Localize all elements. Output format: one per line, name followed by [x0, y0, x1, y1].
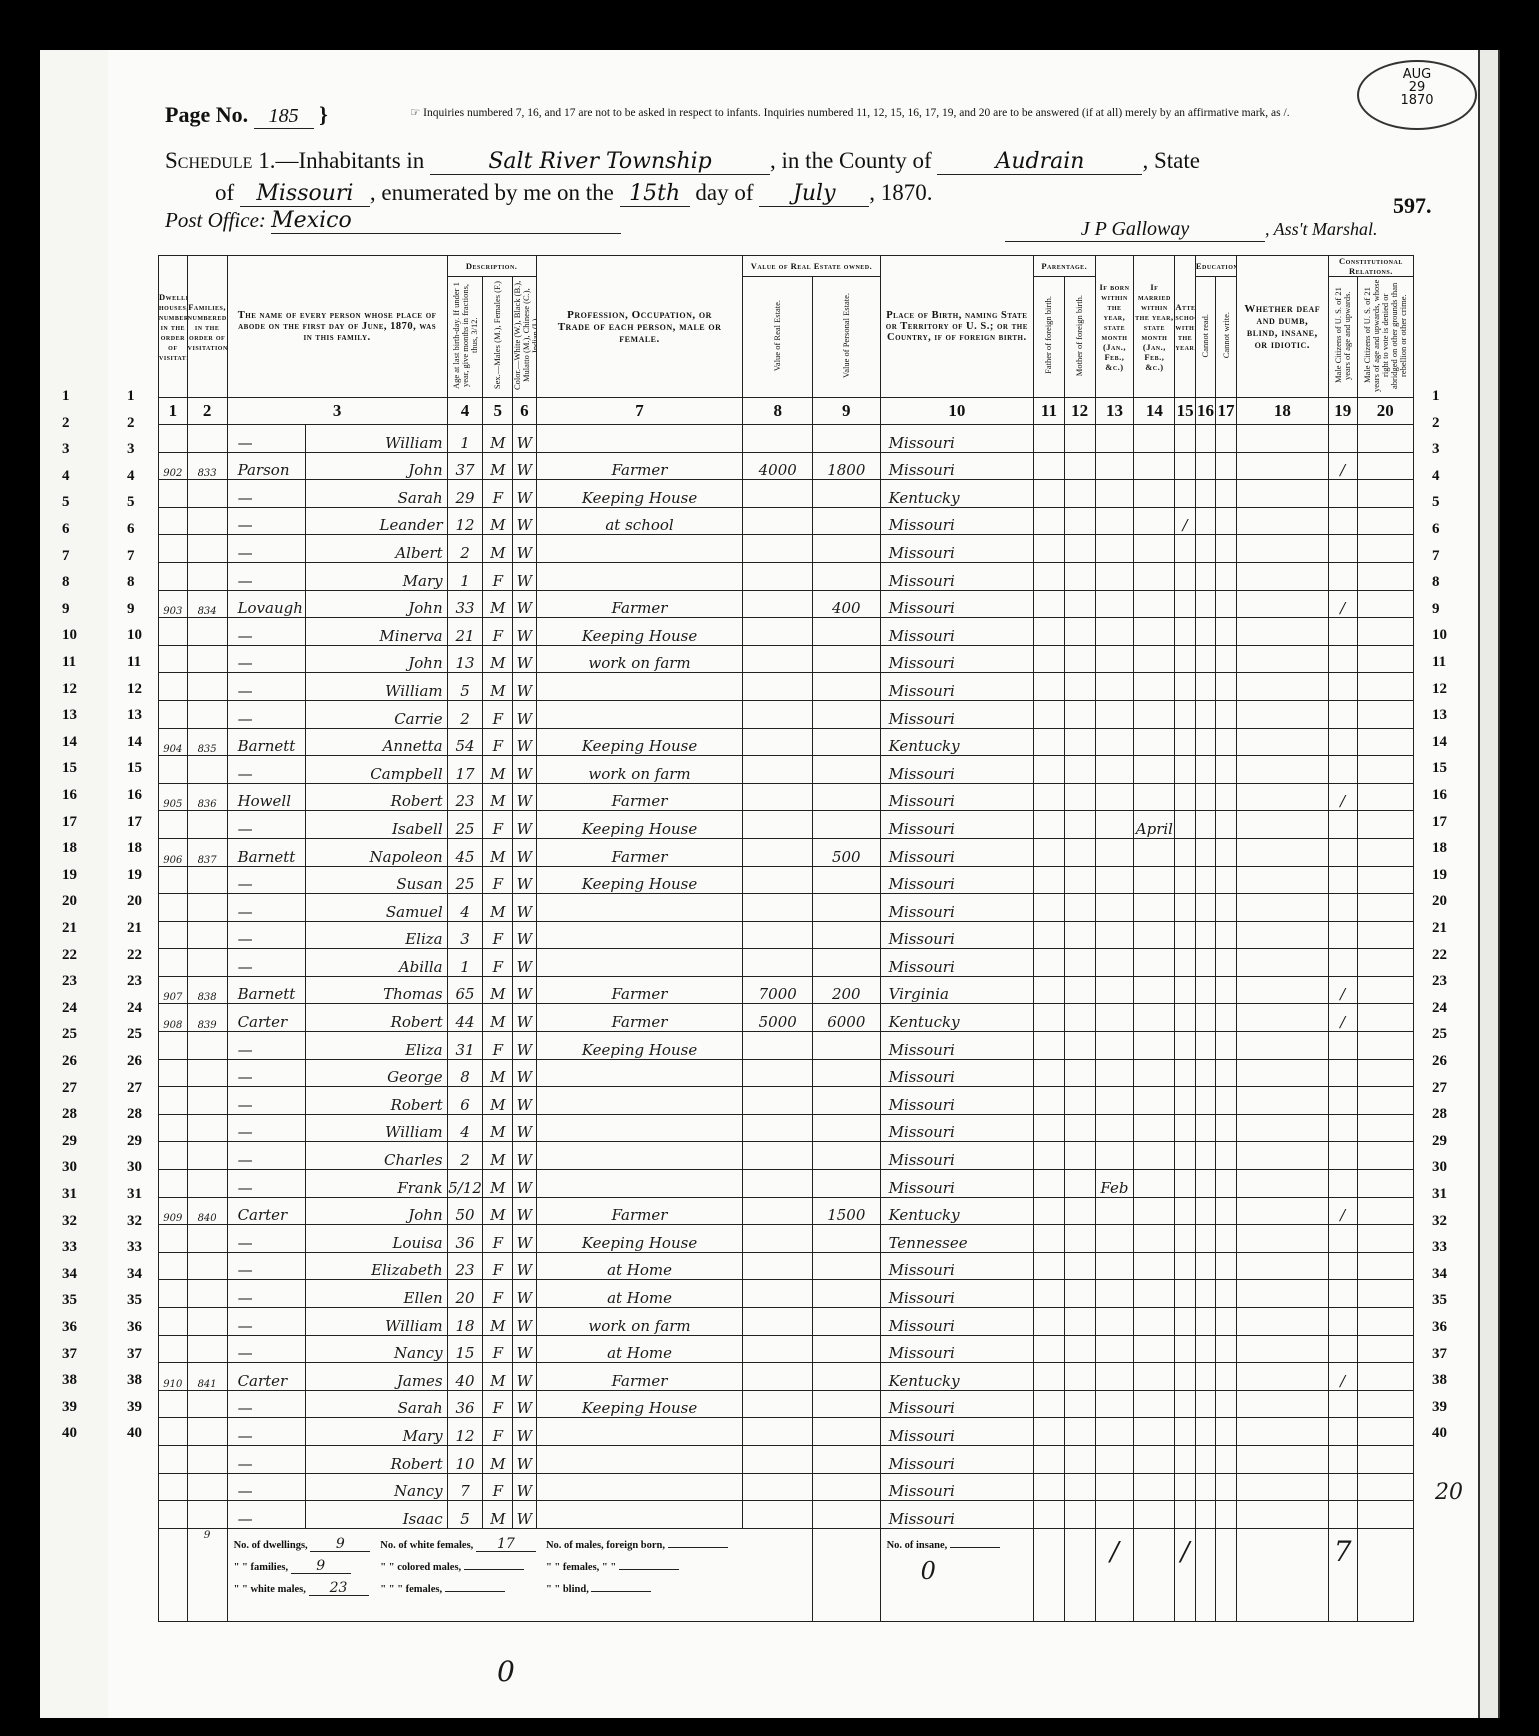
cell-sex: F — [483, 1280, 513, 1308]
cell-born-month — [1095, 1363, 1134, 1391]
cell-real — [743, 645, 813, 673]
row-number-left: 6 — [127, 521, 135, 538]
cell-age: 36 — [447, 1390, 483, 1418]
cell-age: 25 — [447, 811, 483, 839]
row-number-right: 14 — [1432, 734, 1447, 751]
cell-occupation: at Home — [536, 1252, 743, 1280]
cell-sex: F — [483, 1252, 513, 1280]
cell-citizen — [1328, 1308, 1357, 1336]
cell-empty — [1236, 1170, 1328, 1198]
cell-born-month — [1095, 452, 1134, 480]
cell-empty — [1357, 976, 1413, 1004]
table-row: —John13MWwork on farmMissouri — [159, 645, 1414, 673]
cell-given: Campbell — [306, 756, 447, 784]
cell-occupation — [536, 700, 743, 728]
cell-school — [1175, 535, 1195, 563]
row-number-left: 24 — [127, 1000, 142, 1017]
row-number-far-left: 31 — [62, 1186, 77, 1203]
row-number-right: 39 — [1432, 1399, 1447, 1416]
cell-empty — [1216, 507, 1236, 535]
cell-empty — [1216, 1390, 1236, 1418]
cell-real — [743, 1225, 813, 1253]
cell-empty — [1064, 866, 1095, 894]
marshal-signature: J P Galloway — [1005, 218, 1265, 242]
cell-empty — [1195, 1225, 1215, 1253]
cell-family — [187, 1252, 227, 1280]
cell-empty — [1034, 507, 1065, 535]
row-number-right: 25 — [1432, 1026, 1447, 1043]
cell-given: Eliza — [306, 1032, 447, 1060]
cell-school — [1175, 866, 1195, 894]
cell-family — [187, 480, 227, 508]
cell-empty — [1357, 728, 1413, 756]
cell-empty — [1236, 673, 1328, 701]
cell-age: 10 — [447, 1445, 483, 1473]
cell-school — [1175, 590, 1195, 618]
cell-empty — [1236, 1335, 1328, 1363]
row-number-right: 11 — [1432, 654, 1446, 671]
cell-empty — [1216, 1501, 1236, 1529]
row-number-far-left: 33 — [62, 1239, 77, 1256]
cell-empty — [1216, 1114, 1236, 1142]
cell-school — [1175, 728, 1195, 756]
cell-empty — [1357, 1473, 1413, 1501]
cell-sex: F — [483, 1390, 513, 1418]
cell-sex: F — [483, 618, 513, 646]
row-number-left: 7 — [127, 548, 135, 565]
cell-color: W — [513, 949, 537, 977]
of-label: of — [215, 180, 234, 205]
cell-family — [187, 1418, 227, 1446]
cell-school — [1175, 1114, 1195, 1142]
cell-given: William — [306, 673, 447, 701]
cell-birthplace: Kentucky — [880, 1197, 1034, 1225]
table-row: —Isabell25FWKeeping HouseMissouriApril — [159, 811, 1414, 839]
cell-empty — [1357, 1004, 1413, 1032]
cell-born-month — [1095, 1280, 1134, 1308]
cell-empty — [1195, 700, 1215, 728]
col-header-9: Value of Personal Estate. — [813, 277, 881, 398]
cell-empty — [1034, 783, 1065, 811]
cell-married-month — [1134, 866, 1175, 894]
cell-married-month — [1134, 728, 1175, 756]
col-number: 8 — [743, 398, 813, 425]
cell-age: 6 — [447, 1087, 483, 1115]
cell-empty — [1216, 452, 1236, 480]
cell-color: W — [513, 1004, 537, 1032]
cell-color: W — [513, 1225, 537, 1253]
cell-empty — [1236, 618, 1328, 646]
row-number-right: 18 — [1432, 840, 1447, 857]
post-office-label: Post Office: — [165, 208, 266, 232]
cell-empty — [1236, 756, 1328, 784]
cell-empty — [1034, 976, 1065, 1004]
cell-occupation: work on farm — [536, 756, 743, 784]
cell-empty — [1195, 1032, 1215, 1060]
cell-empty — [1195, 756, 1215, 784]
column-number-row: 1 2 3 4 5 6 7 8 9 10 11 12 13 14 15 16 1… — [159, 398, 1414, 425]
cell-born-month — [1095, 645, 1134, 673]
cell-empty — [1064, 1473, 1095, 1501]
row-number-far-left: 34 — [62, 1266, 77, 1283]
cell-personal: 1500 — [813, 1197, 881, 1225]
cell-born-month — [1095, 756, 1134, 784]
cell-real — [743, 921, 813, 949]
cell-family — [187, 425, 227, 453]
cell-born-month — [1095, 590, 1134, 618]
table-row: —Sarah29FWKeeping HouseKentucky — [159, 480, 1414, 508]
col-number: 9 — [813, 398, 881, 425]
row-number-far-left: 3 — [62, 441, 70, 458]
row-number-left: 40 — [127, 1425, 142, 1442]
cell-real — [743, 1032, 813, 1060]
cell-school — [1175, 425, 1195, 453]
cell-sex: M — [483, 1308, 513, 1336]
row-number-left: 22 — [127, 947, 142, 964]
summary-row: 9 No. of dwellings, 9 " " families, 9 " … — [159, 1528, 1414, 1621]
col-number: 5 — [483, 398, 513, 425]
cell-color: W — [513, 756, 537, 784]
cell-school — [1175, 1004, 1195, 1032]
cell-empty — [1357, 645, 1413, 673]
cell-citizen: / — [1328, 976, 1357, 1004]
cell-family — [187, 535, 227, 563]
row-number-far-left: 21 — [62, 920, 77, 937]
cell-age: 2 — [447, 535, 483, 563]
table-row: 908839CarterRobert44MWFarmer50006000Kent… — [159, 1004, 1414, 1032]
cell-birthplace: Missouri — [880, 645, 1034, 673]
cell-personal — [813, 1225, 881, 1253]
cell-color: W — [513, 590, 537, 618]
cell-empty — [1064, 1004, 1095, 1032]
cell-empty — [1034, 1225, 1065, 1253]
cell-sex: F — [483, 1225, 513, 1253]
cell-dwelling: 907 — [159, 976, 188, 1004]
cell-empty — [1357, 1280, 1413, 1308]
cell-empty — [1216, 425, 1236, 453]
cell-sex: M — [483, 894, 513, 922]
cell-color: W — [513, 480, 537, 508]
cell-color: W — [513, 1280, 537, 1308]
cell-age: 40 — [447, 1363, 483, 1391]
table-row: —William5MWMissouri — [159, 673, 1414, 701]
cell-sex: M — [483, 838, 513, 866]
cell-age: 25 — [447, 866, 483, 894]
cell-real — [743, 783, 813, 811]
cell-born-month — [1095, 894, 1134, 922]
cell-empty — [1236, 728, 1328, 756]
table-row: —Charles2MWMissouri — [159, 1142, 1414, 1170]
cell-family — [187, 866, 227, 894]
cell-birthplace: Missouri — [880, 673, 1034, 701]
cell-empty — [1034, 1335, 1065, 1363]
row-number-far-left: 23 — [62, 973, 77, 990]
cell-citizen — [1328, 507, 1357, 535]
cell-family: 835 — [187, 728, 227, 756]
cell-surname: Barnett — [227, 976, 306, 1004]
cell-real — [743, 1252, 813, 1280]
cell-color: W — [513, 535, 537, 563]
row-number-left: 19 — [127, 867, 142, 884]
cell-empty — [1357, 700, 1413, 728]
summary-col19-total: 7 — [1328, 1528, 1357, 1621]
cell-real — [743, 1363, 813, 1391]
cell-given: John — [306, 452, 447, 480]
cell-family — [187, 1445, 227, 1473]
cell-birthplace: Missouri — [880, 1308, 1034, 1336]
cell-personal — [813, 1032, 881, 1060]
row-number-left: 11 — [127, 654, 141, 671]
cell-empty — [1034, 590, 1065, 618]
cell-empty — [1216, 866, 1236, 894]
cell-surname: — — [227, 1390, 306, 1418]
cell-dwelling — [159, 866, 188, 894]
cell-empty — [1195, 838, 1215, 866]
row-number-right: 13 — [1432, 707, 1447, 724]
cell-empty — [1195, 866, 1215, 894]
cell-married-month — [1134, 976, 1175, 1004]
cell-sex: M — [483, 1197, 513, 1225]
cell-age: 13 — [447, 645, 483, 673]
cell-real — [743, 700, 813, 728]
cell-married-month — [1134, 1252, 1175, 1280]
cell-empty — [1195, 1142, 1215, 1170]
table-row: —William1MWMissouri — [159, 425, 1414, 453]
cell-empty — [1357, 783, 1413, 811]
cell-real — [743, 507, 813, 535]
date-stamp: AUG 29 1870 — [1357, 60, 1477, 130]
cell-empty — [1195, 1501, 1215, 1529]
cell-empty — [1216, 976, 1236, 1004]
cell-surname: — — [227, 535, 306, 563]
row-number-right: 33 — [1432, 1239, 1447, 1256]
cell-empty — [1216, 1473, 1236, 1501]
cell-personal — [813, 949, 881, 977]
row-number-right: 35 — [1432, 1292, 1447, 1309]
cell-dwelling — [159, 1390, 188, 1418]
cell-married-month: April — [1134, 811, 1175, 839]
cell-age: 31 — [447, 1032, 483, 1060]
marshal-line: J P Galloway, Ass't Marshal. — [1005, 218, 1378, 242]
table-row: —Campbell17MWwork on farmMissouri — [159, 756, 1414, 784]
cell-surname: — — [227, 1087, 306, 1115]
cell-dwelling — [159, 1170, 188, 1198]
cell-occupation — [536, 1142, 743, 1170]
cell-age: 23 — [447, 1252, 483, 1280]
cell-married-month — [1134, 756, 1175, 784]
table-row: —Sarah36FWKeeping HouseMissouri — [159, 1390, 1414, 1418]
cell-empty — [1064, 700, 1095, 728]
cell-school — [1175, 949, 1195, 977]
cell-dwelling — [159, 480, 188, 508]
birthplace-total: 0 — [881, 1557, 1034, 1585]
cell-married-month — [1134, 1335, 1175, 1363]
cell-dwelling: 908 — [159, 1004, 188, 1032]
cell-occupation: Farmer — [536, 1363, 743, 1391]
cell-empty — [1195, 673, 1215, 701]
cell-dwelling — [159, 1280, 188, 1308]
cell-dwelling: 910 — [159, 1363, 188, 1391]
cell-personal — [813, 1252, 881, 1280]
row-number-left: 30 — [127, 1159, 142, 1176]
cell-family — [187, 1142, 227, 1170]
cell-family — [187, 645, 227, 673]
col-header-16: Cannot read. — [1195, 277, 1215, 398]
row-number-right: 31 — [1432, 1186, 1447, 1203]
cell-real — [743, 1114, 813, 1142]
cell-empty — [1357, 1114, 1413, 1142]
col-number: 4 — [447, 398, 483, 425]
cell-occupation — [536, 673, 743, 701]
cell-born-month — [1095, 700, 1134, 728]
cell-married-month — [1134, 1170, 1175, 1198]
page-number-label: Page No. — [165, 102, 248, 127]
row-number-left: 25 — [127, 1026, 142, 1043]
cell-personal — [813, 894, 881, 922]
cell-personal: 400 — [813, 590, 881, 618]
cell-occupation: Farmer — [536, 838, 743, 866]
cell-real — [743, 535, 813, 563]
cell-sex: M — [483, 756, 513, 784]
cell-empty — [1236, 921, 1328, 949]
cell-empty — [1216, 1363, 1236, 1391]
cell-sex: M — [483, 452, 513, 480]
cell-empty — [1195, 507, 1215, 535]
cell-empty — [1216, 1445, 1236, 1473]
cell-citizen — [1328, 949, 1357, 977]
cell-birthplace: Missouri — [880, 618, 1034, 646]
cell-empty — [1357, 1363, 1413, 1391]
table-row: —Isaac5MWMissouri — [159, 1501, 1414, 1529]
cell-empty — [1357, 535, 1413, 563]
cell-personal — [813, 1308, 881, 1336]
cell-school — [1175, 1363, 1195, 1391]
cell-birthplace: Missouri — [880, 1390, 1034, 1418]
cell-empty — [1236, 1114, 1328, 1142]
cell-citizen — [1328, 425, 1357, 453]
cell-empty — [1034, 1280, 1065, 1308]
cell-married-month — [1134, 1004, 1175, 1032]
cell-personal — [813, 673, 881, 701]
cell-empty — [1357, 866, 1413, 894]
cell-empty — [1064, 1032, 1095, 1060]
cell-given: Charles — [306, 1142, 447, 1170]
cell-sex: F — [483, 700, 513, 728]
cell-empty — [1236, 1059, 1328, 1087]
cell-age: 4 — [447, 1114, 483, 1142]
cell-age: 2 — [447, 1142, 483, 1170]
row-number-left: 33 — [127, 1239, 142, 1256]
cell-empty — [1216, 535, 1236, 563]
cell-dwelling — [159, 1059, 188, 1087]
cell-empty — [1034, 838, 1065, 866]
cell-real — [743, 562, 813, 590]
cell-born-month: Feb — [1095, 1170, 1134, 1198]
cell-surname: — — [227, 1445, 306, 1473]
cell-born-month — [1095, 1418, 1134, 1446]
cell-citizen — [1328, 838, 1357, 866]
cell-family — [187, 618, 227, 646]
row-number-right: 40 — [1432, 1425, 1447, 1442]
cell-family: 837 — [187, 838, 227, 866]
cell-empty — [1064, 1308, 1095, 1336]
cell-sex: M — [483, 507, 513, 535]
cell-empty — [1064, 1252, 1095, 1280]
cell-color: W — [513, 1390, 537, 1418]
cell-empty — [1064, 756, 1095, 784]
cell-empty — [1357, 1225, 1413, 1253]
cell-occupation — [536, 425, 743, 453]
blind-label: " " blind, — [546, 1584, 589, 1595]
cell-married-month — [1134, 590, 1175, 618]
month-field: July — [759, 181, 869, 207]
cell-empty — [1357, 949, 1413, 977]
cell-empty — [1064, 894, 1095, 922]
cell-empty — [1195, 1445, 1215, 1473]
cell-color: W — [513, 673, 537, 701]
cell-surname: Carter — [227, 1197, 306, 1225]
cell-empty — [1195, 562, 1215, 590]
cell-surname: — — [227, 1225, 306, 1253]
table-row: —Nancy7FWMissouri — [159, 1473, 1414, 1501]
cell-surname: — — [227, 1142, 306, 1170]
cell-empty — [1064, 811, 1095, 839]
col-header-20: Male Citizens of U. S. of 21 years of ag… — [1357, 277, 1413, 398]
col-number: 16 — [1195, 398, 1215, 425]
cell-citizen — [1328, 562, 1357, 590]
row-number-left: 13 — [127, 707, 142, 724]
cell-empty — [1236, 1087, 1328, 1115]
cell-empty — [1064, 1142, 1095, 1170]
cell-age: 2 — [447, 700, 483, 728]
col-header-12: Mother of foreign birth. — [1064, 277, 1095, 398]
enumerated-label: , enumerated by me on the — [370, 180, 614, 205]
cell-citizen — [1328, 1501, 1357, 1529]
cell-empty — [1216, 618, 1236, 646]
cell-real — [743, 1501, 813, 1529]
cell-personal — [813, 1473, 881, 1501]
cell-school — [1175, 783, 1195, 811]
cell-empty — [1034, 728, 1065, 756]
cell-empty — [1034, 1087, 1065, 1115]
cell-empty — [1216, 700, 1236, 728]
row-number-right: 26 — [1432, 1053, 1447, 1070]
cell-given: Eliza — [306, 921, 447, 949]
row-number-far-left: 10 — [62, 627, 77, 644]
row-number-right: 21 — [1432, 920, 1447, 937]
cell-sex: M — [483, 590, 513, 618]
cell-empty — [1195, 590, 1215, 618]
cell-sex: F — [483, 1335, 513, 1363]
row-number-left: 18 — [127, 840, 142, 857]
cell-given: Susan — [306, 866, 447, 894]
col-header-8: Value of Real Estate. — [743, 277, 813, 398]
cell-sex: F — [483, 480, 513, 508]
cell-surname: — — [227, 1501, 306, 1529]
row-number-left: 27 — [127, 1080, 142, 1097]
cell-family — [187, 673, 227, 701]
cell-color: W — [513, 1142, 537, 1170]
row-number-far-left: 14 — [62, 734, 77, 751]
cell-sex: F — [483, 1418, 513, 1446]
cell-surname: — — [227, 949, 306, 977]
cell-empty — [1357, 1197, 1413, 1225]
cell-born-month — [1095, 1142, 1134, 1170]
cell-dwelling: 905 — [159, 783, 188, 811]
summary-col20 — [1357, 1528, 1413, 1621]
row-number-right: 19 — [1432, 867, 1447, 884]
white-females-label: No. of white females, — [380, 1540, 473, 1551]
